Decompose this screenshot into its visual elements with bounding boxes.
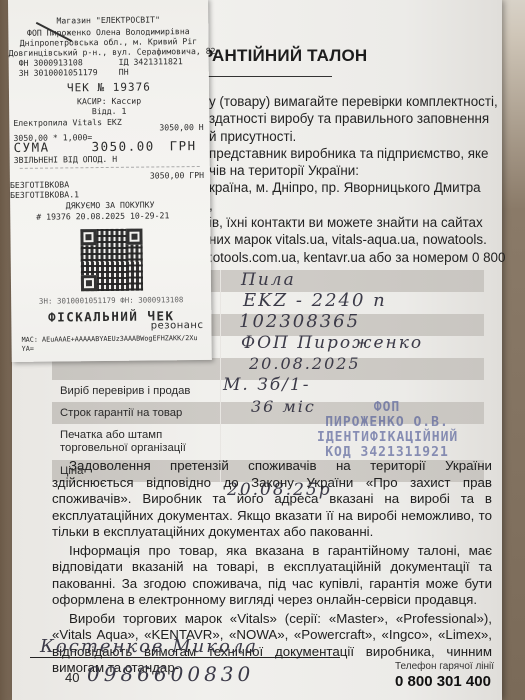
receipt-currency: ГРН: [169, 138, 196, 153]
intro-line: чів на території України:: [209, 162, 499, 179]
intro-line: представник виробника та підприємство, я…: [209, 145, 499, 162]
receipt-item-price: 3050,00 Н: [159, 122, 203, 132]
intro-line: :otools.com.ua, kentavr.ua або за номеро…: [209, 249, 499, 266]
receipt-footer: # 19376 20.08.2025 10-29-21: [36, 210, 169, 221]
qr-finder: [81, 275, 97, 291]
bottom-rule: [30, 657, 340, 658]
body-paragraph: Задоволення претензій споживачів на тери…: [52, 458, 492, 541]
form-label-warranty-period: Строк гарантії на товар: [52, 407, 220, 420]
intro-text: у (товару) вимагайте перевірки комплектн…: [209, 93, 499, 266]
receipt-zn-fn: ЗН: 3010001051179 ФН: 3000913108: [11, 295, 211, 306]
receipt-pn: ПН: [119, 67, 129, 77]
receipt-zn: ЗН 3010001051179: [19, 67, 98, 78]
handwritten-sale-date: 20.08.2025: [249, 354, 361, 373]
receipt-mac: MAC: AEuAAAE+AAAAABYAEUz3AAABWogEFHZAKK/…: [22, 334, 198, 344]
handwritten-product: Пила: [241, 270, 296, 290]
handwritten-warranty-period: 36 міс: [251, 397, 316, 416]
receipt-fn: ФН 3000913108: [19, 57, 83, 68]
stamp-line: ІДЕНТИФІКАЦІЙНИЙ: [317, 430, 457, 445]
form-label-stamp: Печатка або штамп торговельної організац…: [52, 429, 220, 455]
handwritten-model: EKZ - 2240 п: [243, 290, 387, 311]
handwritten-serial: 102308365: [239, 311, 360, 332]
intro-line: них марок vitals.ua, vitals-aqua.ua, now…: [209, 231, 499, 248]
handwritten-customer-name: Костенков Микола: [40, 636, 258, 657]
handwritten-customer-phone: 0986600830: [87, 662, 254, 686]
seller-stamp: ФОП ПИРОЖЕНКО О.В. ІДЕНТИФІКАЦІЙНИЙ КОД …: [317, 400, 457, 460]
receipt-brand: резонанс: [151, 320, 204, 332]
qr-code: [80, 229, 143, 292]
receipt-payment-amount: 3050,00 ГРН: [150, 170, 204, 181]
receipt-sum-value: 3050.00: [91, 138, 154, 154]
hotline-number: 0 800 301 400: [395, 673, 491, 690]
receipt-vat: ЗВІЛЬНЕНІ ВІД ОПОД. Н: [14, 154, 118, 165]
receipt-item-name: Електропила Vitals EKZ: [13, 117, 122, 128]
intro-line: у (товару) вимагайте перевірки комплектн…: [209, 93, 499, 110]
receipt-department: Відд. 1: [9, 105, 209, 117]
receipt-divider: [20, 166, 200, 169]
background-surface: [500, 0, 525, 700]
handwritten-signature: М. Зб/1-: [223, 375, 310, 395]
receipt-payment-type: БЕЗГОТІВКОВА: [10, 179, 69, 190]
intro-line: здатності виробу та правильного заповнен…: [209, 110, 499, 127]
receipt-id: ІД 3421311821: [119, 56, 183, 67]
receipt-check-number: ЧЕК № 19376: [9, 80, 209, 95]
hotline-label: Телефон гарячої лінії: [395, 661, 494, 672]
receipt-sum-label: СУМА: [13, 140, 49, 155]
intro-line: ів, їхні контакти ви можете знайти на са…: [209, 214, 499, 231]
form-field-product[interactable]: Пила: [220, 270, 484, 292]
handwritten-seller: ФОП Пироженко: [241, 333, 423, 353]
receipt-store: Магазин "ЕЛЕКТРОСВІТ": [8, 14, 208, 26]
stamp-line: ПИРОЖЕНКО О.В.: [317, 415, 457, 430]
title-underline: [202, 76, 332, 77]
form-label-checked-sold: Виріб перевірив і продав: [52, 385, 220, 398]
page-title: РАНТІЙНИЙ ТАЛОН: [202, 46, 367, 66]
fiscal-receipt: Магазин "ЕЛЕКТРОСВІТ" ФОП Пироженко Олен…: [8, 0, 212, 362]
body-paragraph: Інформація про товар, яка вказана в гара…: [52, 543, 492, 609]
page-number: 40: [65, 670, 79, 685]
receipt-payment-type: БЕЗГОТІВКОВА.1: [10, 189, 79, 200]
qr-finder: [126, 229, 142, 245]
qr-finder: [80, 229, 96, 245]
receipt-mac-tail: YA=: [22, 345, 34, 353]
intro-line: країна, м. Дніпро, пр. Яворницького Дмит…: [209, 179, 499, 196]
receipt-thanks: ДЯКУЄМО ЗА ПОКУПКУ: [10, 199, 210, 211]
intro-line: ,: [209, 197, 499, 214]
stamp-line: ФОП: [317, 400, 457, 415]
intro-line: й присутності.: [209, 128, 499, 145]
